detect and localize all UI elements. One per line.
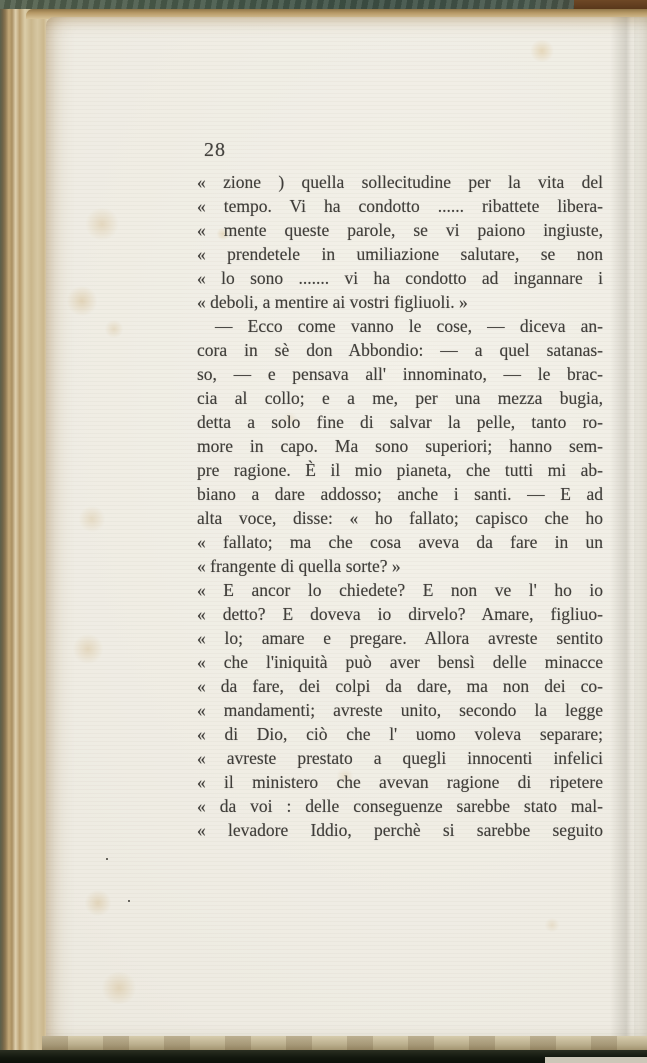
text-line: cora in sè don Abbondio: — a quel satana… bbox=[197, 338, 603, 362]
text-line: « zione ) quella sollecitudine per la vi… bbox=[197, 170, 603, 194]
foxing-stain bbox=[66, 286, 98, 316]
text-line: alta voce, disse: « ho fallato; capisco … bbox=[197, 506, 603, 530]
text-line: « il ministero che avevan ragione di rip… bbox=[197, 770, 603, 794]
text-line: — Ecco come vanno le cose, — diceva an- bbox=[197, 314, 603, 338]
text-line: « da fare, dei colpi da dare, ma non dei… bbox=[197, 674, 603, 698]
text-line: « mente queste parole, se vi paiono ingi… bbox=[197, 218, 603, 242]
text-line: pre ragione. È il mio pianeta, che tutti… bbox=[197, 458, 603, 482]
text-line: cia al collo; e a me, per una mezza bugi… bbox=[197, 386, 603, 410]
text-line: « lo sono ....... vi ha condotto ad inga… bbox=[197, 266, 603, 290]
text-line: « tempo. Vi ha condotto ...... ribattete… bbox=[197, 194, 603, 218]
foxing-stain bbox=[529, 40, 555, 62]
text-line: more in capo. Ma sono superiori; hanno s… bbox=[197, 434, 603, 458]
text-line: « levadore Iddio, perchè si sarebbe segu… bbox=[197, 818, 603, 842]
page-right-curve bbox=[634, 17, 647, 1049]
foxing-stain bbox=[100, 972, 138, 1004]
foxing-stain bbox=[72, 634, 104, 664]
text-line: « lo; amare e pregare. Allora avreste se… bbox=[197, 626, 603, 650]
text-line: « avreste prestato a quegli innocenti in… bbox=[197, 746, 603, 770]
page-number: 28 bbox=[204, 139, 226, 162]
text-line: « fallato; ma che cosa aveva da fare in … bbox=[197, 530, 603, 554]
text-line: « E ancor lo chiedete? E non ve l' ho io bbox=[197, 578, 603, 602]
ink-speck bbox=[128, 900, 130, 902]
foxing-stain bbox=[544, 918, 560, 932]
text-line: « detto? E doveva io dirvelo? Amare, fig… bbox=[197, 602, 603, 626]
foxing-stain bbox=[84, 208, 120, 240]
text-line: « deboli, a mentire ai vostri figliuoli.… bbox=[197, 290, 603, 314]
text-line: « mandamenti; avreste unito, secondo la … bbox=[197, 698, 603, 722]
text-line: « di Dio, ciò che l' uomo voleva separar… bbox=[197, 722, 603, 746]
bottom-right-sheet-sliver bbox=[545, 1057, 647, 1063]
ink-speck bbox=[106, 858, 108, 860]
foxing-stain bbox=[84, 890, 112, 916]
text-line: detta a solo fine di salvar la pelle, ta… bbox=[197, 410, 603, 434]
scanned-book-photo: 28 « zione ) quella sollecitudine per la… bbox=[0, 0, 647, 1063]
page-stack-edges bbox=[0, 9, 52, 1051]
foxing-stain bbox=[104, 320, 124, 338]
text-block: « zione ) quella sollecitudine per la vi… bbox=[197, 170, 603, 842]
text-line: « da voi : delle conseguenze sarebbe sta… bbox=[197, 794, 603, 818]
text-line: « frangente di quella sorte? » bbox=[197, 554, 603, 578]
text-line: « che l'iniquità può aver bensì delle mi… bbox=[197, 650, 603, 674]
foxing-stain bbox=[78, 506, 106, 532]
text-line: so, — e pensava all' innominato, — le br… bbox=[197, 362, 603, 386]
text-line: « prendetele in umiliazione salutare, se… bbox=[197, 242, 603, 266]
text-line: biano a dare addosso; anche i santi. — E… bbox=[197, 482, 603, 506]
